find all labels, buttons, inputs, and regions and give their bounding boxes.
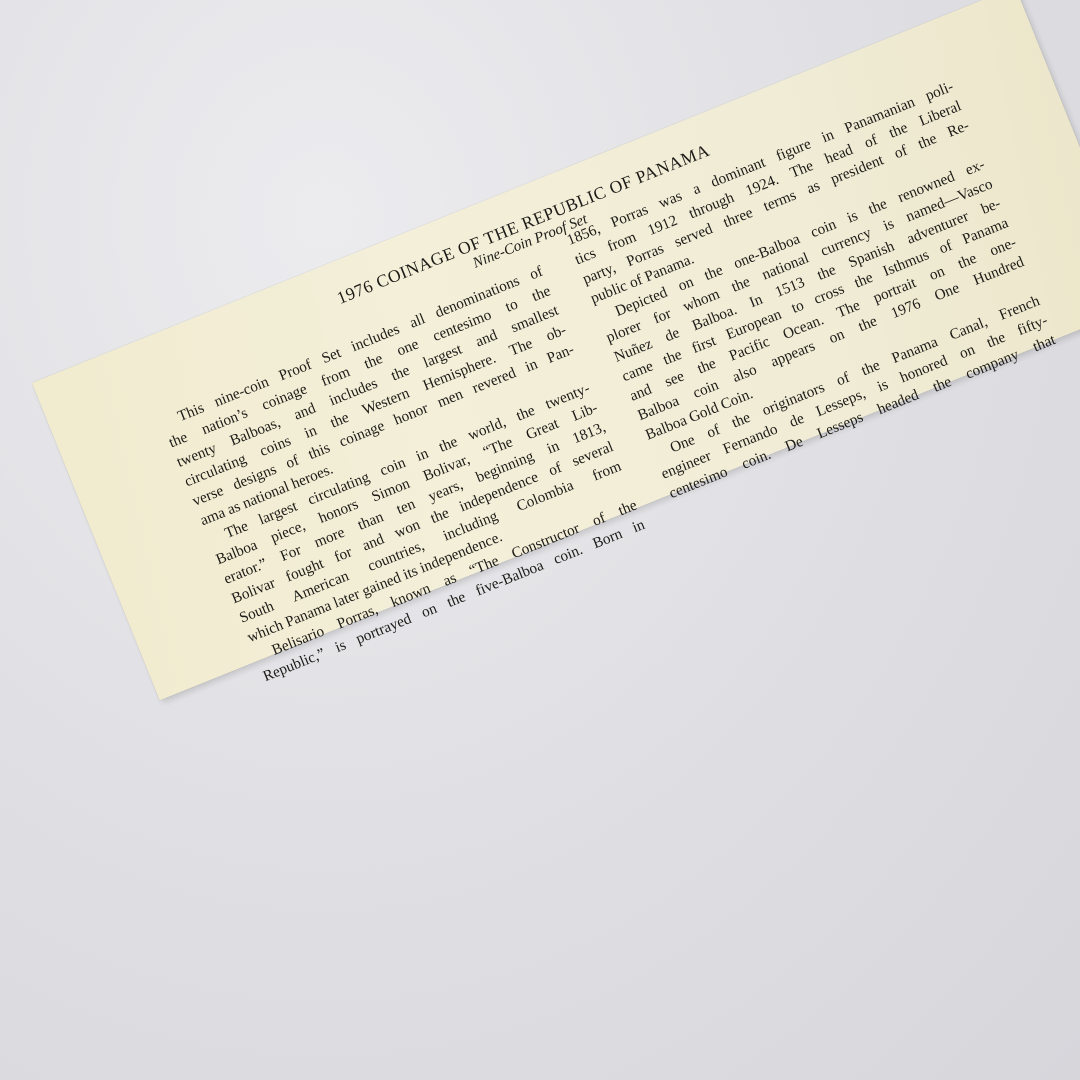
left-column: This nine-coin Proof Set includes all de…	[158, 261, 648, 687]
printed-insert-card: 1976 COINAGE OF THE REPUBLIC OF PANAMA N…	[32, 0, 1080, 700]
right-column: 1856, Porras was a dominant figure in Pa…	[564, 76, 1059, 504]
card-content: 1976 COINAGE OF THE REPUBLIC OF PANAMA N…	[139, 46, 1045, 636]
